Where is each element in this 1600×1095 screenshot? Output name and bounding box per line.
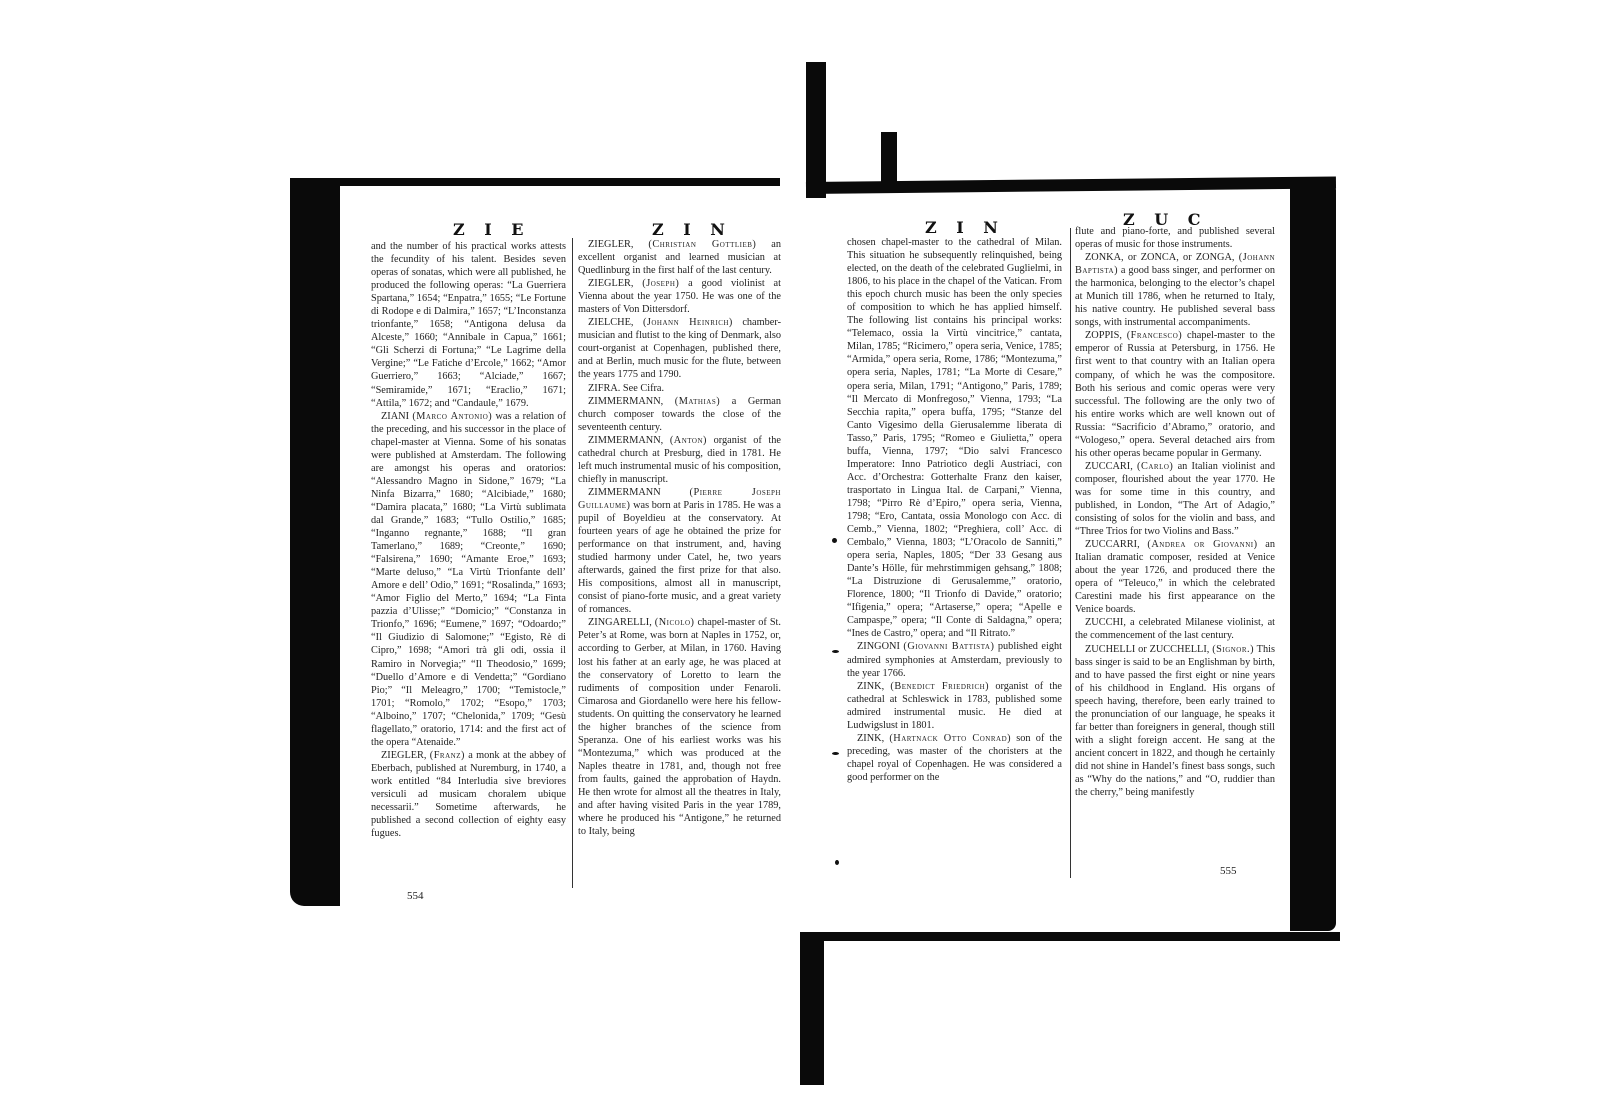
dictionary-entry: ZUCHELLI or ZUCCHELLI, (Signor.) This ba…	[1075, 643, 1275, 800]
left-page-header-1: Z I E	[453, 220, 531, 239]
entry-name: ZIELCHE,	[588, 317, 633, 328]
entry-forenames: (Benedict Friedrich)	[890, 681, 989, 692]
left-page-number: 554	[407, 890, 424, 902]
entry-name: ZIANI	[381, 411, 409, 422]
column-rule	[1070, 228, 1071, 878]
entry-text: chapel-master of St. Peter’s at Rome, wa…	[578, 617, 781, 837]
dictionary-entry: ZIFRA. See Cifra.	[578, 382, 781, 395]
left-page-column-1: and the number of his practical works at…	[371, 240, 566, 840]
entry-name: ZINK,	[857, 681, 884, 692]
dictionary-entry: ZIMMERMANN (Pierre Joseph Guillaume) was…	[578, 486, 781, 616]
entry-text: an Italian dramatic composer, resided at…	[1075, 539, 1275, 615]
entry-text: flute and piano-forte, and published sev…	[1075, 226, 1275, 250]
right-page-header-1: Z I N	[925, 218, 1005, 237]
entry-text: This bass singer is said to be an Englis…	[1075, 644, 1275, 799]
entry-text: was a relation of the preceding, and his…	[371, 411, 566, 748]
entry-name: ZINGONI	[857, 641, 900, 652]
entry-text: was born at Paris in 1785. He was a pupi…	[578, 500, 781, 615]
gutter-speck	[832, 538, 837, 543]
entry-name: ZINGARELLI,	[588, 617, 652, 628]
column-rule	[572, 238, 573, 888]
entry-forenames: (Anton)	[670, 435, 707, 446]
right-cover-edge	[1290, 186, 1336, 931]
entry-text: See Cifra.	[620, 383, 664, 394]
dictionary-entry: ZINK, (Hartnack Otto Conrad) son of the …	[847, 732, 1062, 784]
gutter-speck	[832, 752, 839, 755]
dictionary-entry: ZINGONI (Giovanni Battista) published ei…	[847, 640, 1062, 679]
entry-name: ZIMMERMANN,	[588, 396, 663, 407]
entry-name: ZIEGLER,	[381, 750, 426, 761]
dictionary-entry: ZONKA, or ZONCA, or ZONGA, (Johann Bapti…	[1075, 251, 1275, 329]
right-page-column-1: chosen chapel-master to the cathedral of…	[847, 236, 1062, 784]
entry-text: an Italian violinist and composer, flour…	[1075, 461, 1275, 537]
entry-forenames: (Giovanni Battista)	[903, 641, 994, 652]
dictionary-entry: ZUCCARRI, (Andrea or Giovanni) an Italia…	[1075, 538, 1275, 616]
entry-name: ZINK,	[857, 733, 884, 744]
gutter-speck	[835, 860, 839, 865]
dictionary-entry: ZOPPIS, (Francesco) chapel-master to the…	[1075, 329, 1275, 459]
entry-name: ZONKA, or ZONCA, or ZONGA,	[1085, 252, 1235, 263]
entry-forenames: (Franz)	[430, 750, 465, 761]
right-page-column-2: flute and piano-forte, and published sev…	[1075, 225, 1275, 799]
dictionary-entry: ZIMMERMANN, (Mathias) a German church co…	[578, 395, 781, 434]
dictionary-entry: ZUCCHI, a celebrated Milanese violinist,…	[1075, 616, 1275, 642]
entry-name: ZIEGLER,	[588, 239, 633, 250]
entry-forenames: (Carlo)	[1137, 461, 1173, 472]
entry-text: chosen chapel-master to the cathedral of…	[847, 237, 1062, 639]
continued-text: chosen chapel-master to the cathedral of…	[847, 236, 1062, 640]
entry-forenames: (Marco Antonio)	[412, 411, 492, 422]
left-page-header-2: Z I N	[652, 220, 732, 239]
entry-name: ZUCCHI,	[1085, 617, 1126, 628]
entry-forenames: (Francesco)	[1127, 330, 1182, 341]
entry-forenames: (Nicolo)	[655, 617, 695, 628]
dictionary-entry: ZUCCARI, (Carlo) an Italian violinist an…	[1075, 460, 1275, 538]
spine-clip-top	[806, 62, 826, 198]
gutter-speck	[832, 650, 839, 653]
entry-name: ZUCCARRI,	[1085, 539, 1140, 550]
dictionary-entry: ZIEGLER, (Joseph) a good violinist at Vi…	[578, 277, 781, 316]
right-page-number: 555	[1220, 865, 1237, 877]
bottom-cover-edge	[800, 932, 1340, 941]
dictionary-entry: ZINK, (Benedict Friedrich) organist of t…	[847, 680, 1062, 732]
entry-name: ZUCHELLI or ZUCCHELLI,	[1085, 644, 1209, 655]
entry-forenames: (Johann Heinrich)	[643, 317, 733, 328]
entry-forenames: (Andrea or Giovanni)	[1147, 539, 1257, 550]
entry-text: a monk at the abbey of Eberbach, publish…	[371, 750, 566, 839]
spine-clip-bottom	[800, 935, 824, 1085]
entry-name: ZOPPIS,	[1085, 330, 1122, 341]
entry-name: ZIMMERMANN,	[588, 435, 663, 446]
continued-text: flute and piano-forte, and published sev…	[1075, 225, 1275, 251]
entry-forenames: (Christian Gottlieb)	[648, 239, 756, 250]
entry-name: ZIMMERMANN	[588, 487, 661, 498]
entry-forenames: (Mathias)	[675, 396, 720, 407]
dictionary-entry: ZIANI (Marco Antonio) was a relation of …	[371, 410, 566, 749]
left-cover-edge	[290, 180, 342, 906]
entry-forenames: (Signor.)	[1212, 644, 1254, 655]
entry-name: ZUCCARI,	[1085, 461, 1133, 472]
entry-text: chapel-master to the emperor of Russia a…	[1075, 330, 1275, 458]
dictionary-entry: ZIEGLER, (Christian Gottlieb) an excelle…	[578, 238, 781, 277]
entry-name: ZIEGLER,	[588, 278, 633, 289]
dictionary-entry: ZIEGLER, (Franz) a monk at the abbey of …	[371, 749, 566, 840]
dictionary-entry: ZIMMERMANN, (Anton) organist of the cath…	[578, 434, 781, 486]
left-page-column-2: ZIEGLER, (Christian Gottlieb) an excelle…	[578, 238, 781, 838]
dictionary-entry: ZIELCHE, (Johann Heinrich) chamber-music…	[578, 316, 781, 381]
entry-forenames: (Hartnack Otto Conrad)	[889, 733, 1011, 744]
dictionary-entry: ZINGARELLI, (Nicolo) chapel-master of St…	[578, 616, 781, 838]
entry-forenames: (Joseph)	[642, 278, 679, 289]
continued-text: and the number of his practical works at…	[371, 240, 566, 410]
entry-text: and the number of his practical works at…	[371, 241, 566, 409]
entry-name: ZIFRA.	[588, 383, 620, 394]
